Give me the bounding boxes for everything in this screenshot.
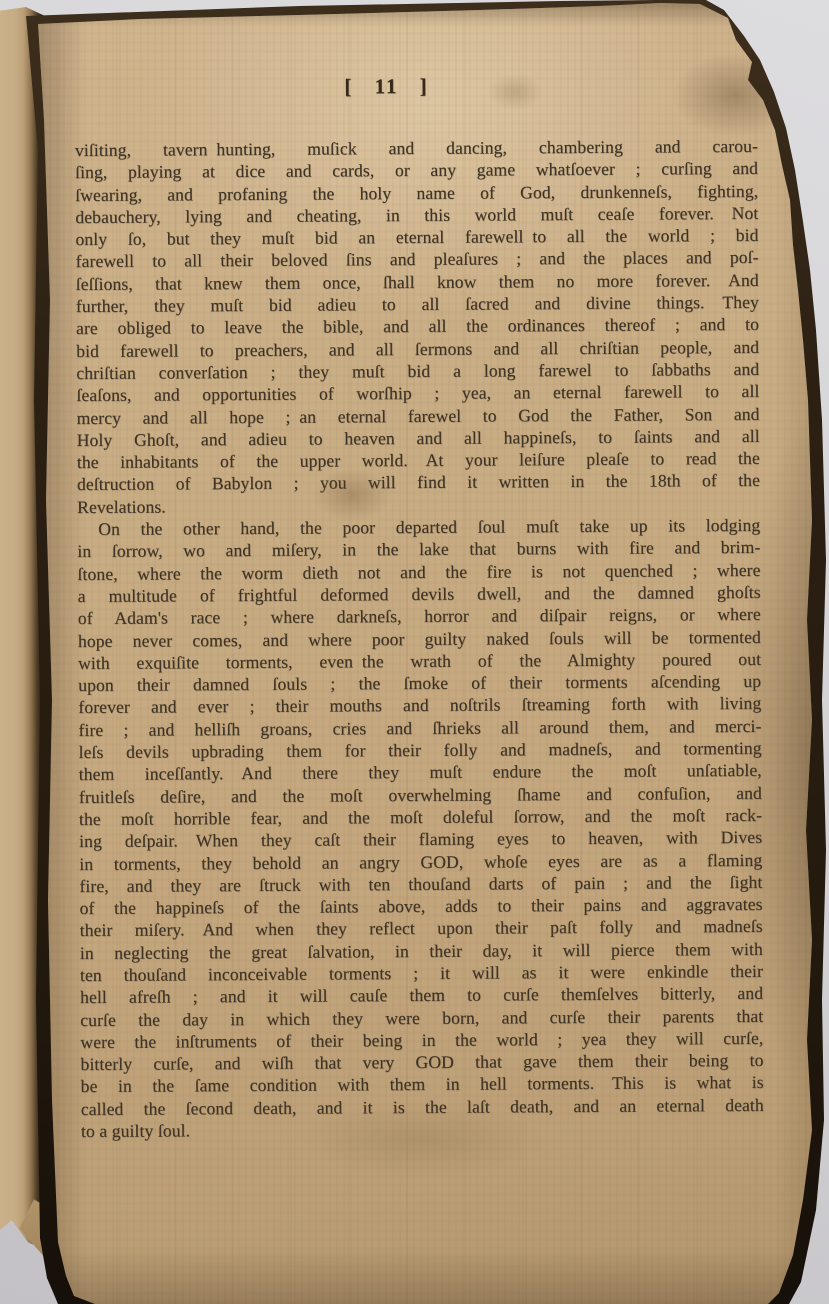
scanned-book-page-image: [ 11 ] viſiting, tavern hunting, muſick … bbox=[0, 0, 829, 1304]
page-content: [ 11 ] viſiting, tavern hunting, muſick … bbox=[0, 0, 829, 1304]
paragraph: On the other hand, the poor departed ſou… bbox=[77, 514, 764, 1142]
book-page: [ 11 ] viſiting, tavern hunting, muſick … bbox=[0, 0, 829, 1304]
text-block: viſiting, tavern hunting, muſick and dan… bbox=[75, 135, 764, 1143]
paragraph: viſiting, tavern hunting, muſick and dan… bbox=[75, 135, 760, 518]
text-line: deſtruction of Babylon ; you will find i… bbox=[77, 469, 760, 495]
text-line: called the ſecond death, and it is the l… bbox=[81, 1094, 764, 1120]
text-line: to a guilty ſoul. bbox=[81, 1116, 764, 1142]
page-number: [ 11 ] bbox=[36, 72, 736, 101]
